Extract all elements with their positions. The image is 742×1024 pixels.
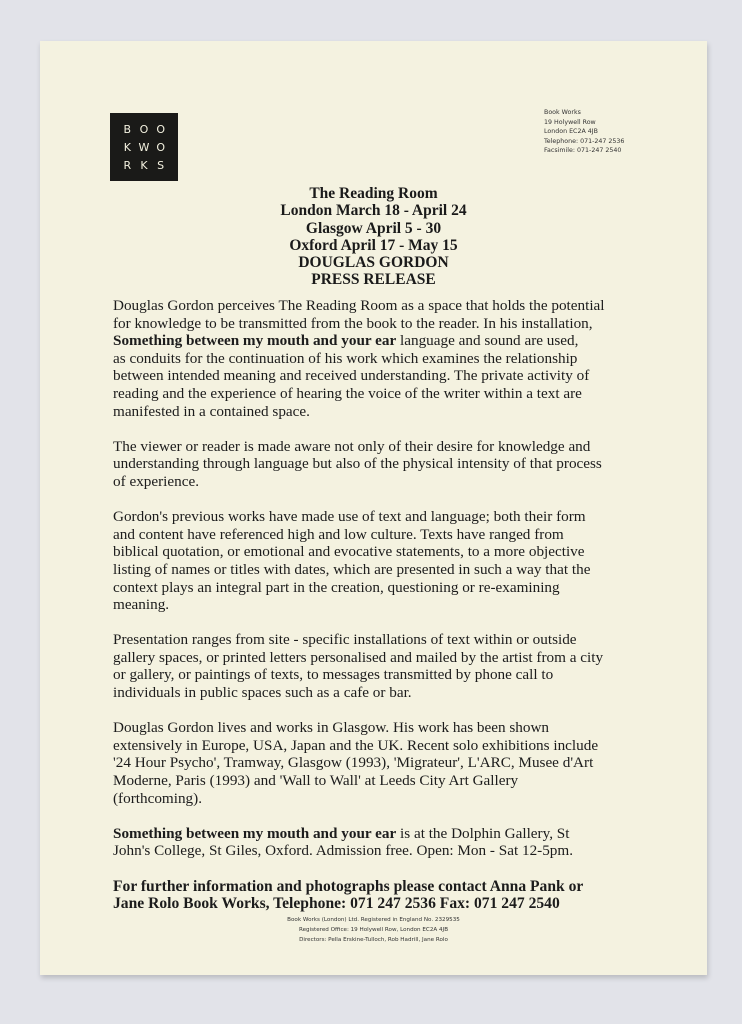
paragraph-viewer: The viewer or reader is made aware not o… (113, 438, 693, 491)
text-line: extensively in Europe, USA, Japan and th… (113, 737, 693, 755)
logo-letter: S (152, 156, 169, 174)
text-line: John's College, St Giles, Oxford. Admiss… (113, 842, 693, 860)
text-line: between intended meaning and received un… (113, 367, 693, 385)
logo-letter: K (119, 138, 136, 156)
work-title: Something between my mouth and your ear (113, 332, 396, 349)
bookworks-logo: B O O K W O R K S (110, 113, 178, 181)
paragraph-biography: Douglas Gordon lives and works in Glasgo… (113, 719, 693, 807)
paragraph-previous-works: Gordon's previous works have made use of… (113, 508, 693, 614)
text-line: Something between my mouth and your ear … (113, 825, 693, 843)
text-line: Presentation ranges from site - specific… (113, 631, 693, 649)
logo-letter: B (119, 120, 136, 138)
heading-line: Oxford April 17 - May 15 (40, 237, 707, 254)
address-line: Facsimile: 071-247 2540 (544, 146, 624, 156)
footer-line: Registered Office: 19 Holywell Row, Lond… (40, 925, 707, 935)
text-line: Gordon's previous works have made use of… (113, 508, 693, 526)
text-line: as conduits for the continuation of his … (113, 350, 693, 368)
text-line: '24 Hour Psycho', Tramway, Glasgow (1993… (113, 754, 693, 772)
text-line: Jane Rolo Book Works, Telephone: 071 247… (113, 895, 693, 913)
text-line: listing of names or titles with dates, w… (113, 561, 693, 579)
document-heading: The Reading Room London March 18 - April… (40, 185, 707, 289)
text-line: (forthcoming). (113, 790, 693, 808)
address-line: Telephone: 071-247 2536 (544, 137, 624, 147)
text-line: Douglas Gordon lives and works in Glasgo… (113, 719, 693, 737)
text-line: reading and the experience of hearing th… (113, 385, 693, 403)
heading-type: PRESS RELEASE (40, 271, 707, 288)
press-release-sheet: B O O K W O R K S Book Works 19 Holywell… (40, 41, 707, 975)
text-line: meaning. (113, 596, 693, 614)
address-line: London EC2A 4JB (544, 127, 624, 137)
text-line: of experience. (113, 473, 693, 491)
company-footer: Book Works (London) Ltd. Registered in E… (40, 915, 707, 946)
address-line: 19 Holywell Row (544, 118, 624, 128)
text-line: The viewer or reader is made aware not o… (113, 438, 693, 456)
logo-letter: R (119, 156, 136, 174)
text-line: Something between my mouth and your ear … (113, 332, 693, 350)
text-line: biblical quotation, or emotional and evo… (113, 543, 693, 561)
footer-line: Book Works (London) Ltd. Registered in E… (40, 915, 707, 925)
heading-line: Glasgow April 5 - 30 (40, 220, 707, 237)
heading-line: London March 18 - April 24 (40, 202, 707, 219)
paragraph-contact: For further information and photographs … (113, 878, 693, 913)
logo-letter: O (152, 138, 169, 156)
work-title: Something between my mouth and your ear (113, 825, 396, 842)
heading-title: The Reading Room (40, 185, 707, 202)
heading-artist: DOUGLAS GORDON (40, 254, 707, 271)
text-line: and content have referenced high and low… (113, 526, 693, 544)
text-line: context plays an integral part in the cr… (113, 579, 693, 597)
text-line: manifested in a contained space. (113, 403, 693, 421)
footer-line: Directors: Pella Erskine-Tulloch, Rob Ha… (40, 935, 707, 945)
text-line: for knowledge to be transmitted from the… (113, 315, 693, 333)
text-fragment: language and sound are used, (396, 332, 578, 349)
text-line: understanding through language but also … (113, 455, 693, 473)
text-line: or gallery, or paintings of texts, to me… (113, 666, 693, 684)
body-text: Douglas Gordon perceives The Reading Roo… (113, 297, 693, 930)
logo-letter: K (136, 156, 153, 174)
logo-letter: O (152, 120, 169, 138)
text-line: individuals in public spaces such as a c… (113, 684, 693, 702)
sender-address: Book Works 19 Holywell Row London EC2A 4… (544, 108, 624, 156)
text-fragment: is at the Dolphin Gallery, St (396, 825, 569, 842)
logo-letter: O (136, 120, 153, 138)
paragraph-intro: Douglas Gordon perceives The Reading Roo… (113, 297, 693, 420)
text-line: Douglas Gordon perceives The Reading Roo… (113, 297, 693, 315)
text-line: Moderne, Paris (1993) and 'Wall to Wall'… (113, 772, 693, 790)
paragraph-presentation: Presentation ranges from site - specific… (113, 631, 693, 701)
text-line: For further information and photographs … (113, 878, 693, 896)
address-line: Book Works (544, 108, 624, 118)
logo-letter: W (136, 138, 153, 156)
text-line: gallery spaces, or printed letters perso… (113, 649, 693, 667)
paragraph-venue: Something between my mouth and your ear … (113, 825, 693, 860)
